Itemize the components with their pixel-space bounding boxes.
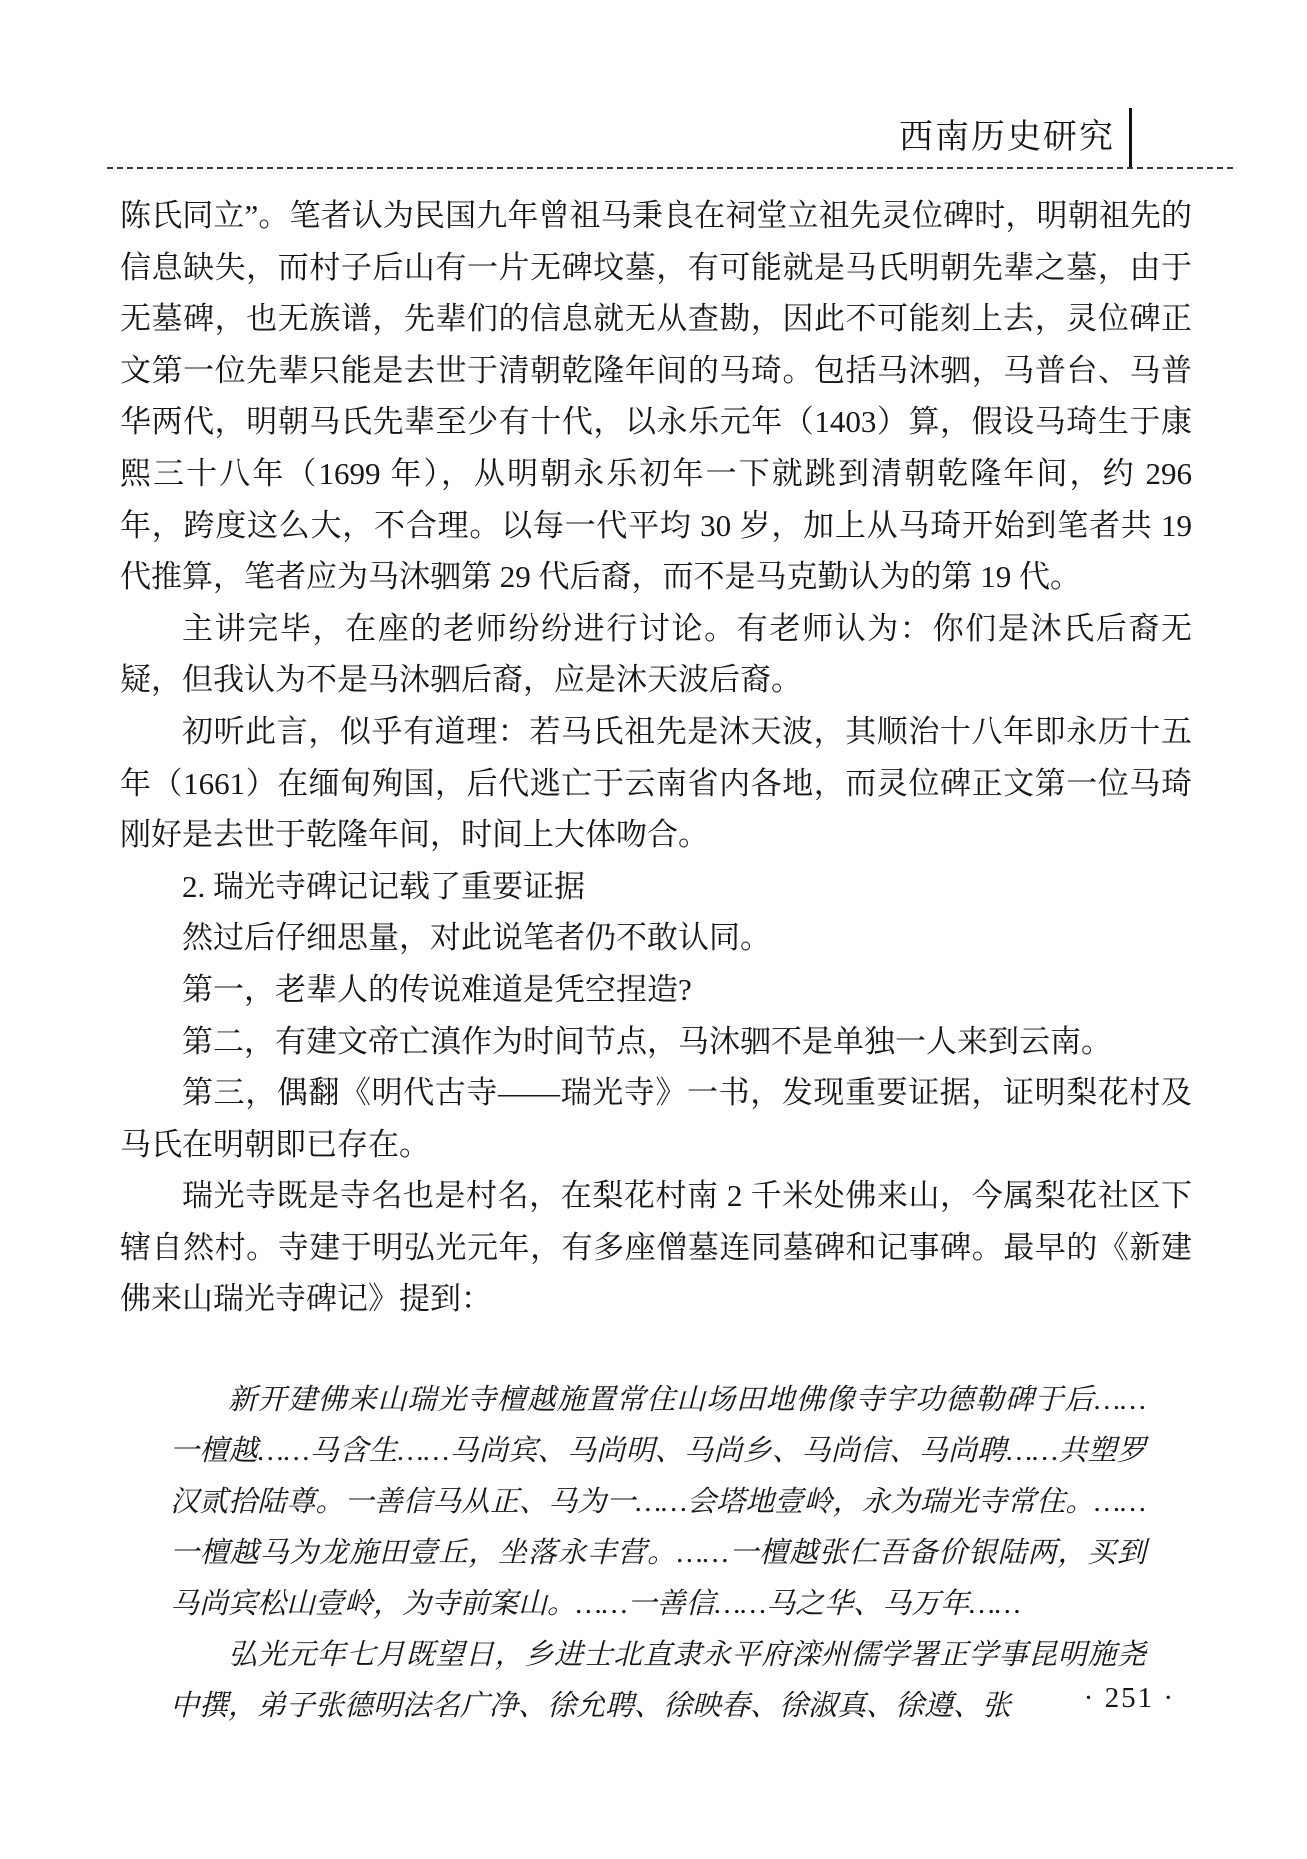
quote-paragraph: 弘光元年七月既望日，乡进士北直隶永平府滦州儒学署正学事昆明施尧中撰，弟子张德明法… (170, 1630, 1146, 1732)
quote-paragraph: 新开建佛来山瑞光寺檀越施置常住山场田地佛像寺宇功德勒碑于后……一檀越……马含生…… (170, 1375, 1146, 1630)
paragraph: 陈氏同立”。笔者认为民国九年曾祖马秉良在祠堂立祖先灵位碑时，明朝祖先的信息缺失，… (120, 190, 1192, 603)
paragraph: 初听此言，似乎有道理：若马氏祖先是沐天波，其顺治十八年即永历十五年（1661）在… (120, 706, 1192, 861)
paragraph: 然过后仔细思量，对此说笔者仍不敢认同。 (120, 912, 1192, 964)
page-header: 西南历史研究 (0, 108, 1132, 168)
page-number: · 251 · (1084, 1678, 1175, 1718)
paragraph: 第二，有建文帝亡滇作为时间节点，马沐驷不是单独一人来到云南。 (120, 1016, 1192, 1068)
paragraph: 第一，老辈人的传说难道是凭空捏造? (120, 964, 1192, 1016)
header-divider-bar (1129, 108, 1132, 168)
running-head-title: 西南历史研究 (899, 108, 1129, 168)
header-dashed-rule (107, 167, 1233, 169)
paragraph: 第三，偶翻《明代古寺——瑞光寺》一书，发现重要证据，证明梨花村及马氏在明朝即已存… (120, 1067, 1192, 1170)
paragraph: 主讲完毕，在座的老师纷纷进行讨论。有老师认为：你们是沐氏后裔无疑，但我认为不是马… (120, 603, 1192, 706)
book-page: 西南历史研究 陈氏同立”。笔者认为民国九年曾祖马秉良在祠堂立祖先灵位碑时，明朝祖… (0, 0, 1307, 1859)
inscription-quote-block: 新开建佛来山瑞光寺檀越施置常住山场田地佛像寺宇功德勒碑于后……一檀越……马含生…… (170, 1375, 1146, 1732)
paragraph: 瑞光寺既是寺名也是村名，在梨花村南 2 千米处佛来山，今属梨花社区下辖自然村。寺… (120, 1170, 1192, 1325)
section-subheading: 2. 瑞光寺碑记记载了重要证据 (120, 861, 1192, 913)
page-body: 陈氏同立”。笔者认为民国九年曾祖马秉良在祠堂立祖先灵位碑时，明朝祖先的信息缺失，… (120, 190, 1192, 1732)
